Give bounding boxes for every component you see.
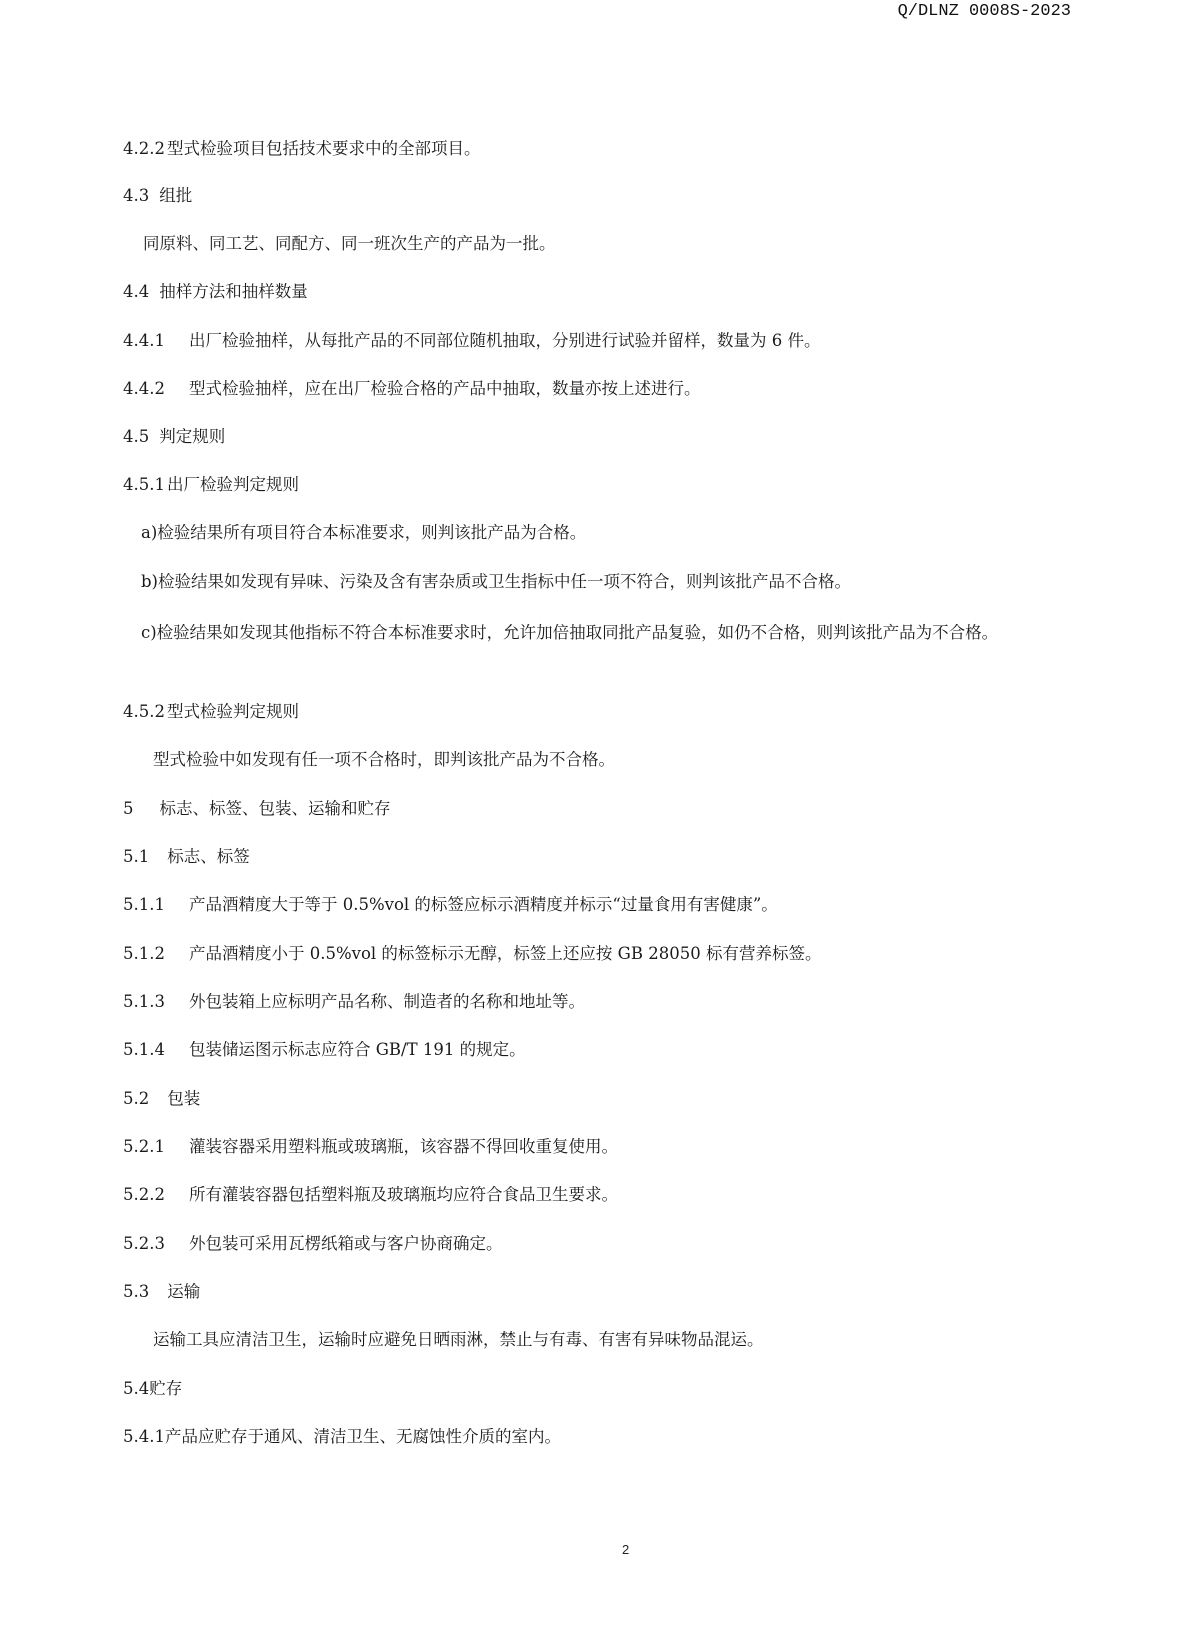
clause-5-1-3: 5.1.3外包装箱上应标明产品名称、制造者的名称和地址等。 xyxy=(123,990,585,1014)
clause-5-4: 5.4贮存 xyxy=(123,1377,182,1401)
paragraph: a)检验结果所有项目符合本标准要求，则判该批产品为合格。 xyxy=(141,521,586,545)
clause-text: 同原料、同工艺、同配方、同一班次生产的产品为一批。 xyxy=(143,234,556,253)
clause-5-2-1: 5.2.1灌装容器采用塑料瓶或玻璃瓶，该容器不得回收重复使用。 xyxy=(123,1135,618,1159)
clause-text: 出厂检验抽样，从每批产品的不同部位随机抽取，分别进行试验并留样，数量为 6 件。 xyxy=(189,331,821,350)
clause-text: 型式检验判定规则 xyxy=(167,702,299,721)
clause-text: 灌装容器采用塑料瓶或玻璃瓶，该容器不得回收重复使用。 xyxy=(189,1137,618,1156)
clause-text: 包装储运图示标志应符合 GB/T 191 的规定。 xyxy=(189,1040,526,1059)
clause-number: 5.1.2 xyxy=(123,942,165,966)
clause-4-4: 4.4抽样方法和抽样数量 xyxy=(123,280,308,304)
clause-5-1-1: 5.1.1产品酒精度大于等于 0.5%vol 的标签应标示酒精度并标示“过量食用… xyxy=(123,893,778,917)
clause-text: 运输工具应清洁卫生，运输时应避免日晒雨淋，禁止与有毒、有害有异味物品混运。 xyxy=(153,1330,764,1349)
clause-text: b)检验结果如发现有异味、污染及含有害杂质或卫生指标中任一项不符合，则判该批产品… xyxy=(141,572,851,591)
clause-number: 5 xyxy=(123,797,134,821)
clause-text: 判定规则 xyxy=(159,427,225,446)
clause-5-2: 5.2包装 xyxy=(123,1087,200,1111)
clause-4-5-2: 4.5.2型式检验判定规则 xyxy=(123,700,299,724)
clause-text: 标志、标签 xyxy=(167,847,250,866)
paragraph: 同原料、同工艺、同配方、同一班次生产的产品为一批。 xyxy=(143,232,556,256)
paragraph: b)检验结果如发现有异味、污染及含有害杂质或卫生指标中任一项不符合，则判该批产品… xyxy=(141,570,851,594)
clause-text: 外包装可采用瓦楞纸箱或与客户协商确定。 xyxy=(189,1234,503,1253)
clause-number: 5.1.3 xyxy=(123,990,165,1014)
clause-number: 4.5.1 xyxy=(123,473,165,497)
clause-text: c)检验结果如发现其他指标不符合本标准要求时，允许加倍抽取同批产品复验，如仍不合… xyxy=(141,623,998,642)
clause-text: 抽样方法和抽样数量 xyxy=(159,282,308,301)
clause-number: 5.2.3 xyxy=(123,1232,165,1256)
clause-text: 产品酒精度大于等于 0.5%vol 的标签应标示酒精度并标示“过量食用有害健康”… xyxy=(189,895,778,914)
clause-number: 5.2.2 xyxy=(123,1183,165,1207)
clause-number: 5.2.1 xyxy=(123,1135,165,1159)
clause-number: 5.1.1 xyxy=(123,893,165,917)
clause-5: 5标志、标签、包装、运输和贮存 xyxy=(123,797,391,821)
clause-number: 5.1.4 xyxy=(123,1038,165,1062)
clause-number: 4.5 xyxy=(123,425,149,449)
page-number: 2 xyxy=(622,1542,629,1557)
clause-4-5: 4.5判定规则 xyxy=(123,425,225,449)
clause-text: 型式检验项目包括技术要求中的全部项目。 xyxy=(167,139,481,158)
clause-text: 运输 xyxy=(167,1282,200,1301)
clause-text: 产品应贮存于通风、清洁卫生、无腐蚀性介质的室内。 xyxy=(165,1427,561,1446)
clause-text: 型式检验抽样，应在出厂检验合格的产品中抽取，数量亦按上述进行。 xyxy=(189,379,701,398)
clause-number: 4.3 xyxy=(123,184,149,208)
clause-number: 4.4.2 xyxy=(123,377,165,401)
clause-text: 组批 xyxy=(159,186,192,205)
clause-5-2-2: 5.2.2所有灌装容器包括塑料瓶及玻璃瓶均应符合食品卫生要求。 xyxy=(123,1183,618,1207)
clause-text: 包装 xyxy=(167,1089,200,1108)
clause-4-5-1: 4.5.1出厂检验判定规则 xyxy=(123,473,299,497)
clause-5-1: 5.1标志、标签 xyxy=(123,845,250,869)
clause-number: 5.1 xyxy=(123,845,149,869)
clause-4-3: 4.3组批 xyxy=(123,184,192,208)
clause-5-2-3: 5.2.3外包装可采用瓦楞纸箱或与客户协商确定。 xyxy=(123,1232,502,1256)
clause-5-3: 5.3运输 xyxy=(123,1280,200,1304)
clause-text: 贮存 xyxy=(149,1379,182,1398)
clause-number: 4.4 xyxy=(123,280,149,304)
clause-number: 5.4.1 xyxy=(123,1425,165,1449)
clause-number: 5.4 xyxy=(123,1377,149,1401)
clause-text: 型式检验中如发现有任一项不合格时，即判该批产品为不合格。 xyxy=(153,750,615,769)
clause-text: 外包装箱上应标明产品名称、制造者的名称和地址等。 xyxy=(189,992,585,1011)
paragraph: 运输工具应清洁卫生，运输时应避免日晒雨淋，禁止与有毒、有害有异味物品混运。 xyxy=(153,1328,764,1352)
clause-4-2-2: 4.2.2型式检验项目包括技术要求中的全部项目。 xyxy=(123,137,480,161)
clause-number: 5.3 xyxy=(123,1280,149,1304)
clause-5-1-2: 5.1.2产品酒精度小于 0.5%vol 的标签标示无醇，标签上还应按 GB 2… xyxy=(123,942,821,966)
clause-number: 4.4.1 xyxy=(123,329,165,353)
clause-text: 所有灌装容器包括塑料瓶及玻璃瓶均应符合食品卫生要求。 xyxy=(189,1185,618,1204)
clause-text: 标志、标签、包装、运输和贮存 xyxy=(160,799,391,818)
clause-text: 出厂检验判定规则 xyxy=(167,475,299,494)
clause-text: 产品酒精度小于 0.5%vol 的标签标示无醇，标签上还应按 GB 28050 … xyxy=(189,944,821,963)
clause-5-4-1: 5.4.1产品应贮存于通风、清洁卫生、无腐蚀性介质的室内。 xyxy=(123,1425,561,1449)
clause-4-4-2: 4.4.2型式检验抽样，应在出厂检验合格的产品中抽取，数量亦按上述进行。 xyxy=(123,377,700,401)
clause-number: 4.2.2 xyxy=(123,137,165,161)
clause-number: 5.2 xyxy=(123,1087,149,1111)
clause-4-4-1: 4.4.1出厂检验抽样，从每批产品的不同部位随机抽取，分别进行试验并留样，数量为… xyxy=(123,329,820,353)
clause-number: 4.5.2 xyxy=(123,700,165,724)
document-code: Q/DLNZ 0008S-2023 xyxy=(898,2,1071,21)
clause-text: a)检验结果所有项目符合本标准要求，则判该批产品为合格。 xyxy=(141,523,586,542)
paragraph: c)检验结果如发现其他指标不符合本标准要求时，允许加倍抽取同批产品复验，如仍不合… xyxy=(123,618,1123,648)
paragraph: 型式检验中如发现有任一项不合格时，即判该批产品为不合格。 xyxy=(153,748,615,772)
clause-5-1-4: 5.1.4包装储运图示标志应符合 GB/T 191 的规定。 xyxy=(123,1038,526,1062)
